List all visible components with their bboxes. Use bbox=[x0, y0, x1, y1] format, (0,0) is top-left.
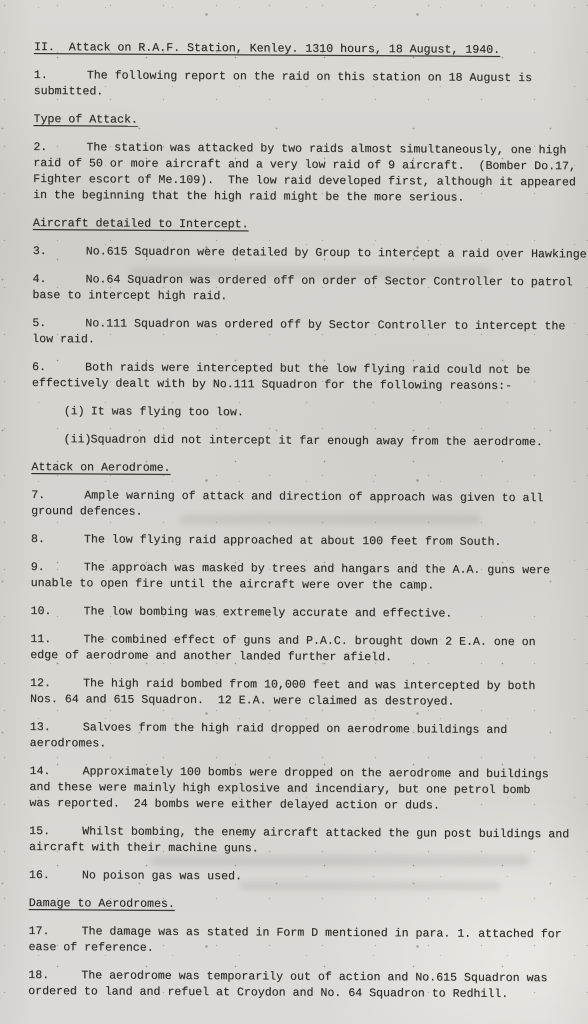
paragraph-text: Ample warning of attack and direction of… bbox=[31, 489, 543, 518]
paragraph-text: No poison gas was used. bbox=[82, 869, 242, 883]
paragraph-number: 7. bbox=[31, 488, 84, 504]
paragraph-7: 7.Ample warning of attack and direction … bbox=[31, 488, 588, 524]
paragraph-text: Both raids were intercepted but the low … bbox=[32, 361, 530, 393]
paragraph-number: 15. bbox=[29, 824, 82, 840]
sub-item-number: (i) bbox=[64, 404, 91, 420]
paragraph-number: 3. bbox=[33, 244, 86, 260]
paragraph-text: The low bombing was extremely accurate a… bbox=[83, 605, 452, 620]
paragraph-number: 8. bbox=[31, 532, 84, 548]
paragraph-text: The following report on the raid on this… bbox=[34, 69, 532, 98]
paragraph-text: The high raid bombed from 10,000 feet an… bbox=[30, 677, 535, 708]
document-page: II. Attack on R.A.F. Station, Kenley. 13… bbox=[0, 0, 588, 1024]
paragraph-number: 16. bbox=[29, 868, 82, 884]
paragraph-number: 17. bbox=[29, 924, 82, 940]
section-heading-aircraft-detailed-to-intercept: Aircraft detailed to Intercept. bbox=[33, 216, 588, 236]
document-title: II. Attack on R.A.F. Station, Kenley. 13… bbox=[34, 40, 588, 60]
paragraph-1: 1.The following report on the raid on th… bbox=[34, 68, 588, 104]
paragraph-text: The damage was as stated in Form D menti… bbox=[28, 925, 561, 954]
paragraph-number: 5. bbox=[32, 316, 85, 332]
paragraph-5: 5.No.111 Squadron was ordered off by Sec… bbox=[32, 316, 588, 352]
paragraph-number: 1. bbox=[34, 68, 87, 84]
paragraph-6: 6.Both raids were intercepted but the lo… bbox=[32, 360, 588, 396]
paragraph-text: Whilst bombing, the enemy aircraft attac… bbox=[29, 825, 569, 855]
paragraph-2: 2.The station was attacked by two raids … bbox=[33, 140, 588, 208]
section-heading-damage-to-aerodromes: Damage to Aerodromes. bbox=[29, 896, 588, 916]
sub-item-number: (ii) bbox=[64, 432, 91, 448]
paragraph-number: 9. bbox=[31, 560, 84, 576]
sub-item-text: Squadron did not intercept it far enough… bbox=[91, 433, 543, 449]
paragraph-number: 2. bbox=[33, 140, 86, 156]
paragraph-18: 18.The aerodrome was temporarily out of … bbox=[28, 968, 588, 1004]
paragraph-text: Salvoes from the high raid dropped on ae… bbox=[30, 721, 508, 750]
paragraph-number: 4. bbox=[32, 272, 85, 288]
paragraph-13: 13.Salvoes from the high raid dropped on… bbox=[30, 720, 588, 756]
section-heading-attack-on-aerodrome: Attack on Aerodrome. bbox=[31, 460, 588, 480]
paragraph-text: No.64 Squadron was ordered off on order … bbox=[32, 273, 572, 303]
paragraph-text: The aerodrome was temporarily out of act… bbox=[28, 969, 547, 1001]
sub-item-text: It was flying too low. bbox=[91, 405, 244, 419]
paragraph-11: 11.The combined effect of guns and P.A.C… bbox=[30, 632, 588, 668]
paragraph-number: 13. bbox=[30, 720, 83, 736]
paragraph-9: 9.The approach was masked by trees and h… bbox=[31, 560, 588, 596]
paragraph-text: The station was attacked by two raids al… bbox=[33, 141, 576, 204]
section-heading-text: Type of Attack. bbox=[33, 113, 137, 127]
section-heading-text: Damage to Aerodromes. bbox=[29, 897, 175, 911]
paragraph-text: Approximately 100 bombs were dropped on … bbox=[29, 765, 548, 812]
paragraph-number: 18. bbox=[28, 968, 81, 984]
paragraph-4: 4.No.64 Squadron was ordered off on orde… bbox=[32, 272, 588, 308]
paragraph-text: The low flying raid approached at about … bbox=[84, 533, 502, 549]
paragraph-number: 10. bbox=[30, 604, 83, 620]
paragraph-17: 17.The damage was as stated in Form D me… bbox=[28, 924, 588, 960]
section-heading-text: Attack on Aerodrome. bbox=[31, 461, 170, 475]
paragraph-16: 16.No poison gas was used. bbox=[29, 868, 588, 888]
paragraph-text: The approach was masked by trees and han… bbox=[31, 561, 550, 592]
paragraph-text: No.111 Squadron was ordered off by Secto… bbox=[32, 317, 565, 346]
sub-item-ii: (ii)Squadron did not intercept it far en… bbox=[64, 432, 588, 451]
sub-item-i: (i)It was flying too low. bbox=[64, 404, 588, 423]
section-heading-text: Aircraft detailed to Intercept. bbox=[33, 217, 249, 231]
paragraph-15: 15.Whilst bombing, the enemy aircraft at… bbox=[29, 824, 588, 860]
paragraph-text: No.615 Squadron were detailed by Group t… bbox=[86, 245, 588, 261]
paragraph-number: 11. bbox=[30, 632, 83, 648]
paragraph-12: 12.The high raid bombed from 10,000 feet… bbox=[30, 676, 588, 712]
document-content: II. Attack on R.A.F. Station, Kenley. 13… bbox=[28, 40, 588, 1016]
document-title-text: II. Attack on R.A.F. Station, Kenley. 13… bbox=[34, 41, 500, 57]
paragraph-number: 6. bbox=[32, 360, 85, 376]
section-heading-type-of-attack: Type of Attack. bbox=[33, 112, 588, 132]
paragraph-number: 12. bbox=[30, 676, 83, 692]
paragraph-10: 10.The low bombing was extremely accurat… bbox=[30, 604, 588, 624]
paragraph-8: 8.The low flying raid approached at abou… bbox=[31, 532, 588, 552]
paragraph-number: 14. bbox=[29, 764, 82, 780]
paragraph-text: The combined effect of guns and P.A.C. b… bbox=[30, 633, 535, 664]
paragraph-3: 3.No.615 Squadron were detailed by Group… bbox=[33, 244, 588, 264]
paragraph-14: 14.Approximately 100 bombs were dropped … bbox=[29, 764, 588, 816]
